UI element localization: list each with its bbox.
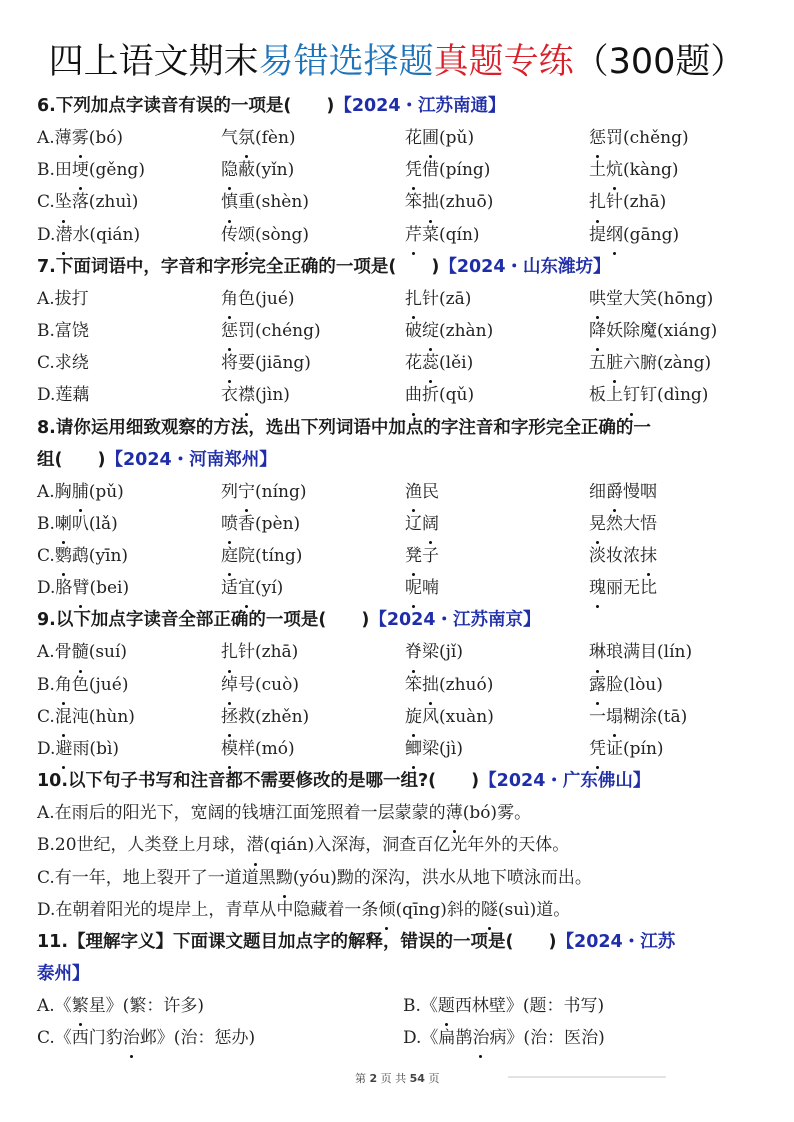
option-item: C.鹦鹉(yīn) — [37, 540, 221, 572]
option-text: B.20世纪，人类登上月球， — [37, 835, 247, 855]
option-item: 脊梁(jǐ) — [405, 636, 589, 668]
emphasized-char: 将 — [221, 347, 238, 379]
emphasized-char: 晃 — [589, 508, 606, 540]
option-text: 笨 — [405, 192, 422, 212]
question-stem: 11.【理解字义】下面课文题目加点字的解释，错误的一项是( )【2024・江苏 — [37, 926, 757, 958]
question-text: 【理解字义】下面课文题目加点字的解释，错误的一项是( ) — [68, 932, 557, 952]
option-text: 子 — [422, 546, 439, 566]
emphasized-char: 角 — [55, 669, 72, 701]
option-item: 一塌糊涂(tā) — [589, 701, 759, 733]
option-item: 哄堂大笑(hōng) — [589, 283, 759, 315]
question-6: 6.下列加点字读音有误的一项是( )【2024・江苏南通】A.薄雾(bó)气氛(… — [37, 90, 757, 251]
option-item: 隐蔽(yǐn) — [221, 154, 405, 186]
emphasized-char: 爵 — [606, 476, 623, 508]
option-item: 呢喃 — [405, 572, 589, 604]
option-item: 淡妆浓抹 — [589, 540, 759, 572]
emphasized-char: 混 — [55, 701, 72, 733]
option-text: (lěi) — [439, 353, 473, 373]
question-stem-cont: 泰州】 — [37, 958, 757, 990]
option-text: (qián)入深海，洞查百亿光年外的天体。 — [264, 835, 570, 855]
option-text: A.胸 — [37, 482, 72, 502]
option-text: 民 — [422, 482, 439, 502]
option-text: 沌(hùn) — [72, 707, 135, 727]
emphasized-char: 治 — [123, 1022, 140, 1054]
option-text: (zhàn) — [439, 321, 493, 341]
emphasized-char: 鹦 — [55, 540, 72, 572]
option-item: 凭借(píng) — [405, 154, 589, 186]
option-item: D.莲藕 — [37, 379, 221, 411]
option-text: B.田 — [37, 160, 72, 180]
emphasized-char: 凭 — [589, 733, 606, 765]
option-text: (gěng) — [89, 160, 145, 180]
option-item: 扎针(zhā) — [221, 636, 405, 668]
option-text: 淡妆浓 — [589, 546, 640, 566]
source-tag: 【2024・河南郑州】 — [106, 450, 277, 470]
option-text: (zhuó) — [439, 675, 493, 695]
option-item: 将要(jiāng) — [221, 347, 405, 379]
option-item: 凭证(pín) — [589, 733, 759, 765]
emphasized-char: 脏 — [606, 347, 623, 379]
option-text: A.骨 — [37, 642, 72, 662]
option-item: D.避雨(bì) — [37, 733, 221, 765]
emphasized-char: 倾 — [378, 894, 395, 926]
option-text: (bei) — [89, 578, 129, 598]
option-text: 号(cuò) — [238, 675, 299, 695]
footer-suffix: 页 — [428, 1072, 439, 1085]
title-part-1: 四上语文期末 — [49, 42, 259, 82]
option-text: 病》(治：医治) — [489, 1028, 604, 1048]
option-text: 六腑(zàng) — [623, 353, 711, 373]
option-text: 衣 — [221, 385, 238, 405]
emphasized-char: 降 — [589, 315, 606, 347]
option-text: 落(zhuì) — [72, 192, 139, 212]
option-text: 气 — [221, 128, 238, 148]
option-text: 辽 — [405, 514, 422, 534]
option-text: 妖除魔(xiáng) — [606, 321, 717, 341]
option-item: 瑰丽无比 — [589, 572, 759, 604]
option-text: 板上 — [589, 385, 623, 405]
footer-watermark-line — [508, 1076, 666, 1078]
option-item: 庭院(tíng) — [221, 540, 405, 572]
option-text: 喃 — [422, 578, 439, 598]
option-text: 针(zhā) — [238, 642, 298, 662]
option-item: 土炕(kàng) — [589, 154, 759, 186]
option-item: 模样(mó) — [221, 733, 405, 765]
source-tag: 【2024・江苏南京】 — [369, 610, 540, 630]
option-text: 借(píng) — [422, 160, 490, 180]
emphasized-char: 脊 — [405, 636, 422, 668]
emphasized-char: 渔 — [405, 476, 422, 508]
option-text: 糊涂(tā) — [623, 707, 687, 727]
option-item: D.潜水(qián) — [37, 219, 221, 251]
option-item: 扎针(zā) — [405, 283, 589, 315]
option-item: B.《题西林壁》(题：书写) — [403, 990, 757, 1022]
option-text: 西林壁》(题：书写) — [455, 996, 604, 1016]
option-text: (yí) — [255, 578, 283, 598]
option-item: 旋风(xuàn) — [405, 701, 589, 733]
emphasized-char: 蕊 — [422, 347, 439, 379]
option-sentence: C.有一年，地上裂开了一道道黑黝(yóu)黝的深沟，洪水从地下喷泳而出。 — [37, 862, 757, 894]
question-number: 11. — [37, 932, 68, 952]
option-text: 要(jiāng) — [238, 353, 311, 373]
question-text: 下面词语中，字音和字形完全正确的一项是( ) — [56, 257, 440, 277]
option-item: B.喇叭(lǎ) — [37, 508, 221, 540]
option-item: 辽阔 — [405, 508, 589, 540]
source-tag: 【2024・山东潍坊】 — [439, 257, 610, 277]
options-grid: A.《繁星》(繁：许多)B.《题西林壁》(题：书写)C.《西门豹治邺》(治：惩办… — [37, 990, 757, 1054]
option-text: 叭(lǎ) — [72, 514, 118, 534]
option-text: A.《 — [37, 996, 72, 1016]
option-text: 院(tíng) — [238, 546, 302, 566]
option-text: 香(pèn) — [238, 514, 300, 534]
option-text: 星》(繁：许多) — [89, 996, 204, 1016]
emphasized-char: 旋 — [405, 701, 422, 733]
option-text: 脸(lòu) — [606, 675, 663, 695]
emphasized-char: 抹 — [640, 540, 657, 572]
emphasized-char: 塌 — [606, 701, 623, 733]
option-item: 渔民 — [405, 476, 589, 508]
emphasized-char: 题 — [438, 990, 455, 1022]
option-text: 钉(dìng) — [640, 385, 708, 405]
emphasized-char: 凳 — [405, 540, 422, 572]
option-text: B. — [37, 675, 55, 695]
emphasized-char: 治 — [472, 1022, 489, 1054]
emphasized-char: 扎 — [589, 186, 606, 218]
option-sentence: B.20世纪，人类登上月球，潜(qián)入深海，洞查百亿光年外的天体。 — [37, 829, 757, 861]
option-text: (bó)雾。 — [463, 803, 531, 823]
option-item: C.坠落(zhuì) — [37, 186, 221, 218]
option-item: C.《西门豹治邺》(治：惩办) — [37, 1022, 403, 1054]
question-stem: 8.请你运用细致观察的方法，选出下列词语中加点的字注音和字形完全正确的一 — [37, 412, 757, 444]
emphasized-char: 绽 — [422, 315, 439, 347]
option-text: (níng) — [255, 482, 306, 502]
emphasized-char: 喇 — [55, 508, 72, 540]
emphasized-char: 髓 — [72, 636, 89, 668]
option-text: 笨 — [405, 675, 422, 695]
option-text: (zhuō) — [439, 192, 493, 212]
option-text: 罚(chéng) — [238, 321, 321, 341]
emphasized-char: 潜 — [55, 219, 72, 251]
emphasized-char: 露 — [589, 669, 606, 701]
emphasized-char: 繁 — [72, 990, 89, 1022]
emphasized-char: 襟 — [238, 379, 255, 411]
option-item: 芹菜(qín) — [405, 219, 589, 251]
emphasized-char: 坠 — [55, 186, 72, 218]
option-item: 慎重(shèn) — [221, 186, 405, 218]
emphasized-char: 纲 — [606, 219, 623, 251]
option-sentence: A.在雨后的阳光下，宽阔的钱塘江面笼照着一层蒙蒙的薄(bó)雾。 — [37, 797, 757, 829]
option-item: 衣襟(jìn) — [221, 379, 405, 411]
question-stem: 10.以下句子书写和注音都不需要修改的是哪一组?( )【2024・广东佛山】 — [37, 765, 757, 797]
option-text: 传 — [221, 225, 238, 245]
option-text: B.《 — [403, 996, 438, 1016]
option-text: 色(jué) — [238, 289, 295, 309]
option-text: 细 — [589, 482, 606, 502]
options-grid: A.薄雾(bó)气氛(fèn)花圃(pǔ)惩罚(chěng)B.田埂(gěng)… — [37, 122, 757, 251]
question-stem: 6.下列加点字读音有误的一项是( )【2024・江苏南通】 — [37, 90, 757, 122]
emphasized-char: 颂 — [238, 219, 255, 251]
question-number: 9. — [37, 610, 56, 630]
title-part-4: （300题） — [574, 42, 746, 82]
option-item: A.薄雾(bó) — [37, 122, 221, 154]
option-item: 绰号(cuò) — [221, 669, 405, 701]
emphasized-char: 呢 — [405, 572, 422, 604]
options-grid: A.拔打角色(jué)扎针(zā)哄堂大笑(hōng)B.富饶惩罚(chéng)… — [37, 283, 757, 412]
option-item: 列宁(níng) — [221, 476, 405, 508]
option-text: 梁(jì) — [422, 739, 463, 759]
option-text: (gāng) — [623, 225, 679, 245]
option-text: C. — [37, 192, 55, 212]
option-text: (pǔ) — [439, 128, 474, 148]
emphasized-char: 喷 — [221, 508, 238, 540]
option-text: B. — [37, 514, 55, 534]
emphasized-char: 阔 — [422, 508, 439, 540]
option-text: 罚(chěng) — [606, 128, 689, 148]
emphasized-char: 脯 — [72, 476, 89, 508]
option-item: A.《繁星》(繁：许多) — [37, 990, 403, 1022]
option-item: 适宜(yí) — [221, 572, 405, 604]
question-9: 9.以下加点字读音全部正确的一项是( )【2024・江苏南京】A.骨髓(suí)… — [37, 604, 757, 765]
emphasized-char: 拯 — [221, 701, 238, 733]
option-text: 土 — [589, 160, 606, 180]
emphasized-char: 惩 — [589, 122, 606, 154]
emphasized-char: 惩 — [221, 315, 238, 347]
option-item: A.骨髓(suí) — [37, 636, 221, 668]
option-text: 五 — [589, 353, 606, 373]
source-tag: 【2024・江苏南通】 — [334, 96, 505, 116]
option-text: 一 — [589, 707, 606, 727]
option-item: 晃然大悟 — [589, 508, 759, 540]
option-text: 救(zhěn) — [238, 707, 309, 727]
emphasized-char: 拙 — [422, 186, 439, 218]
option-item: 笨拙(zhuō) — [405, 186, 589, 218]
option-item: 破绽(zhàn) — [405, 315, 589, 347]
emphasized-char: 雾 — [72, 122, 89, 154]
option-sentence: D.在朝着阳光的堤岸上，青草从中隐藏着一条倾(qīng)斜的隧(suì)道。 — [37, 894, 757, 926]
question-8: 8.请你运用细致观察的方法，选出下列词语中加点的字注音和字形完全正确的一组( )… — [37, 412, 757, 605]
emphasized-char: 鲫 — [405, 733, 422, 765]
emphasized-char: 扎 — [405, 283, 422, 315]
emphasized-char: 钉 — [623, 379, 640, 411]
option-item: 惩罚(chěng) — [589, 122, 759, 154]
option-text: (bó) — [89, 128, 123, 148]
option-text: D. — [37, 225, 55, 245]
emphasized-char: 隐 — [221, 154, 238, 186]
option-item: 琳琅满目(lín) — [589, 636, 759, 668]
option-item: C.求绕 — [37, 347, 221, 379]
option-item: B.富饶 — [37, 315, 221, 347]
question-text: 以下句子书写和注音都不需要修改的是哪一组?( ) — [68, 771, 479, 791]
option-text: 针(zā) — [422, 289, 471, 309]
option-item: A.拔打 — [37, 283, 221, 315]
option-item: 惩罚(chéng) — [221, 315, 405, 347]
option-text: 水(qián) — [72, 225, 140, 245]
option-text: 邺》(治：惩办) — [140, 1028, 255, 1048]
option-item: A.胸脯(pǔ) — [37, 476, 221, 508]
option-text: 琅满目(lín) — [606, 642, 692, 662]
question-11: 11.【理解字义】下面课文题目加点字的解释，错误的一项是( )【2024・江苏泰… — [37, 926, 757, 1054]
option-text: 破 — [405, 321, 422, 341]
option-text: C. — [37, 546, 55, 566]
title-part-2: 易错选择题 — [259, 42, 434, 82]
footer-total-pages: 54 — [410, 1072, 425, 1085]
options-grid: A.骨髓(suí)扎针(zhā)脊梁(jǐ)琳琅满目(lín)B.角色(jué)… — [37, 636, 757, 765]
option-text: 花 — [405, 353, 422, 373]
option-text: B.富饶 — [37, 321, 89, 341]
option-item: 拯救(zhěn) — [221, 701, 405, 733]
options-grid: A.胸脯(pǔ)列宁(níng)渔民细爵慢咽B.喇叭(lǎ)喷香(pèn)辽阔晃… — [37, 476, 757, 605]
option-text: 蔽(yǐn) — [238, 160, 294, 180]
option-item: 扎针(zhā) — [589, 186, 759, 218]
option-text: (kàng) — [623, 160, 679, 180]
question-list: 6.下列加点字读音有误的一项是( )【2024・江苏南通】A.薄雾(bó)气氛(… — [37, 90, 757, 1054]
question-text: 以下加点字读音全部正确的一项是( ) — [56, 610, 370, 630]
emphasized-char: 炕 — [606, 154, 623, 186]
option-text: 样(mó) — [238, 739, 295, 759]
option-text: A.在雨后的阳光下，宽阔的钱塘江面笼照着一层蒙蒙的 — [37, 803, 446, 823]
question-stem-cont: 组( )【2024・河南郑州】 — [37, 444, 757, 476]
question-number: 8. — [37, 418, 56, 438]
question-stem: 9.以下加点字读音全部正确的一项是( )【2024・江苏南京】 — [37, 604, 757, 636]
option-text: 然大悟 — [606, 514, 657, 534]
option-item: 五脏六腑(zàng) — [589, 347, 759, 379]
option-text: 丽无比 — [606, 578, 657, 598]
option-item: 花蕊(lěi) — [405, 347, 589, 379]
emphasized-char: 慎 — [221, 186, 238, 218]
option-item: 细爵慢咽 — [589, 476, 759, 508]
emphasized-char: 哄 — [589, 283, 606, 315]
option-text: 提 — [589, 225, 606, 245]
page-title: 四上语文期末易错选择题真题专练（300题） — [0, 38, 794, 86]
emphasized-char: 圃 — [422, 122, 439, 154]
option-text: (suì)道。 — [498, 900, 570, 920]
page-footer: 第 2 页 共 54 页 — [355, 1070, 439, 1086]
option-text: A.拔打 — [37, 289, 89, 309]
emphasized-char: 氛 — [238, 122, 255, 154]
option-text: 菜(qín) — [422, 225, 480, 245]
emphasized-char: 宁 — [238, 476, 255, 508]
emphasized-char: 潜 — [247, 829, 264, 861]
emphasized-char: 宜 — [238, 572, 255, 604]
emphasized-char: 凭 — [405, 154, 422, 186]
source-tag: 泰州】 — [37, 964, 90, 984]
option-text: 证(pín) — [606, 739, 664, 759]
option-item: D.胳臂(bei) — [37, 572, 221, 604]
option-text: 重(shèn) — [238, 192, 309, 212]
option-text: D.莲藕 — [37, 385, 89, 405]
option-text: 针(zhā) — [606, 192, 666, 212]
option-item: 露脸(lòu) — [589, 669, 759, 701]
title-part-3: 真题专练 — [434, 42, 574, 82]
option-item: B.角色(jué) — [37, 669, 221, 701]
option-item: 降妖除魔(xiáng) — [589, 315, 759, 347]
option-text: C.有一年，地上裂开了一道道黑 — [37, 868, 276, 888]
option-item: 角色(jué) — [221, 283, 405, 315]
option-text: D. — [37, 739, 55, 759]
emphasized-char: 琳 — [589, 636, 606, 668]
option-text: (yóu)黝的深沟，洪水从地下喷泳而出。 — [293, 868, 592, 888]
emphasized-char: 埂 — [72, 154, 89, 186]
question-number: 10. — [37, 771, 68, 791]
emphasized-char: 角 — [221, 283, 238, 315]
option-text: 鹉(yīn) — [72, 546, 128, 566]
question-text: 组( ) — [37, 450, 106, 470]
option-item: 喷香(pèn) — [221, 508, 405, 540]
emphasized-char: 绰 — [221, 669, 238, 701]
source-tag: 【2024・广东佛山】 — [479, 771, 650, 791]
option-text: (jìn) — [255, 385, 290, 405]
emphasized-char: 黝 — [276, 862, 293, 894]
option-text: (fèn) — [255, 128, 296, 148]
option-text: 花 — [405, 128, 422, 148]
question-stem: 7.下面词语中，字音和字形完全正确的一项是( )【2024・山东潍坊】 — [37, 251, 757, 283]
option-item: 板上钉钉(dìng) — [589, 379, 759, 411]
option-text: C.《西门豹 — [37, 1028, 123, 1048]
option-text: 列 — [221, 482, 238, 502]
emphasized-char: 避 — [55, 733, 72, 765]
emphasized-char: 臂 — [72, 572, 89, 604]
option-text: 慢咽 — [623, 482, 657, 502]
option-item: 传颂(sòng) — [221, 219, 405, 251]
option-text: A.薄 — [37, 128, 72, 148]
emphasized-char: 扎 — [221, 636, 238, 668]
option-text: (qīng)斜的 — [395, 900, 480, 920]
option-text: C. — [37, 707, 55, 727]
option-item: C.混沌(hùn) — [37, 701, 221, 733]
option-item: 鲫梁(jì) — [405, 733, 589, 765]
emphasized-char: 拙 — [422, 669, 439, 701]
option-text: C.求绕 — [37, 353, 89, 373]
option-item: B.田埂(gěng) — [37, 154, 221, 186]
footer-prefix: 第 — [355, 1072, 366, 1085]
option-text: 风(xuàn) — [422, 707, 494, 727]
option-item: 气氛(fèn) — [221, 122, 405, 154]
emphasized-char: 模 — [221, 733, 238, 765]
option-text: 雨(bì) — [72, 739, 119, 759]
option-text: (sòng) — [255, 225, 309, 245]
emphasized-char: 瑰 — [589, 572, 606, 604]
option-item: D.《扁鹊治病》(治：医治) — [403, 1022, 757, 1054]
question-10: 10.以下句子书写和注音都不需要修改的是哪一组?( )【2024・广东佛山】A.… — [37, 765, 757, 926]
option-text: D.《扁鹊 — [403, 1028, 472, 1048]
option-text: 堂大笑(hōng) — [606, 289, 713, 309]
option-item: 花圃(pǔ) — [405, 122, 589, 154]
question-text: 下列加点字读音有误的一项是( ) — [56, 96, 335, 116]
emphasized-char: 薄 — [446, 797, 463, 829]
option-text: 折(qǔ) — [422, 385, 474, 405]
emphasized-char: 曲 — [405, 379, 422, 411]
option-text: D.胳 — [37, 578, 72, 598]
option-text: 色(jué) — [72, 675, 129, 695]
question-number: 6. — [37, 96, 56, 116]
emphasized-char: 庭 — [221, 540, 238, 572]
footer-page-number: 2 — [370, 1072, 378, 1085]
option-text: 适 — [221, 578, 238, 598]
option-item: 提纲(gāng) — [589, 219, 759, 251]
option-text: (pǔ) — [89, 482, 124, 502]
emphasized-char: 隧 — [481, 894, 498, 926]
question-number: 7. — [37, 257, 56, 277]
option-text: D.在朝着阳光的堤岸上，青草从中隐藏着一条 — [37, 900, 378, 920]
question-text: 请你运用细致观察的方法，选出下列词语中加点的字注音和字形完全正确的一 — [56, 418, 651, 438]
option-text: (suí) — [89, 642, 127, 662]
option-item: 笨拙(zhuó) — [405, 669, 589, 701]
option-item: 凳子 — [405, 540, 589, 572]
emphasized-char: 芹 — [405, 219, 422, 251]
footer-mid: 页 共 — [381, 1072, 407, 1085]
question-7: 7.下面词语中，字音和字形完全正确的一项是( )【2024・山东潍坊】A.拔打角… — [37, 251, 757, 412]
source-tag: 【2024・江苏 — [557, 932, 676, 952]
